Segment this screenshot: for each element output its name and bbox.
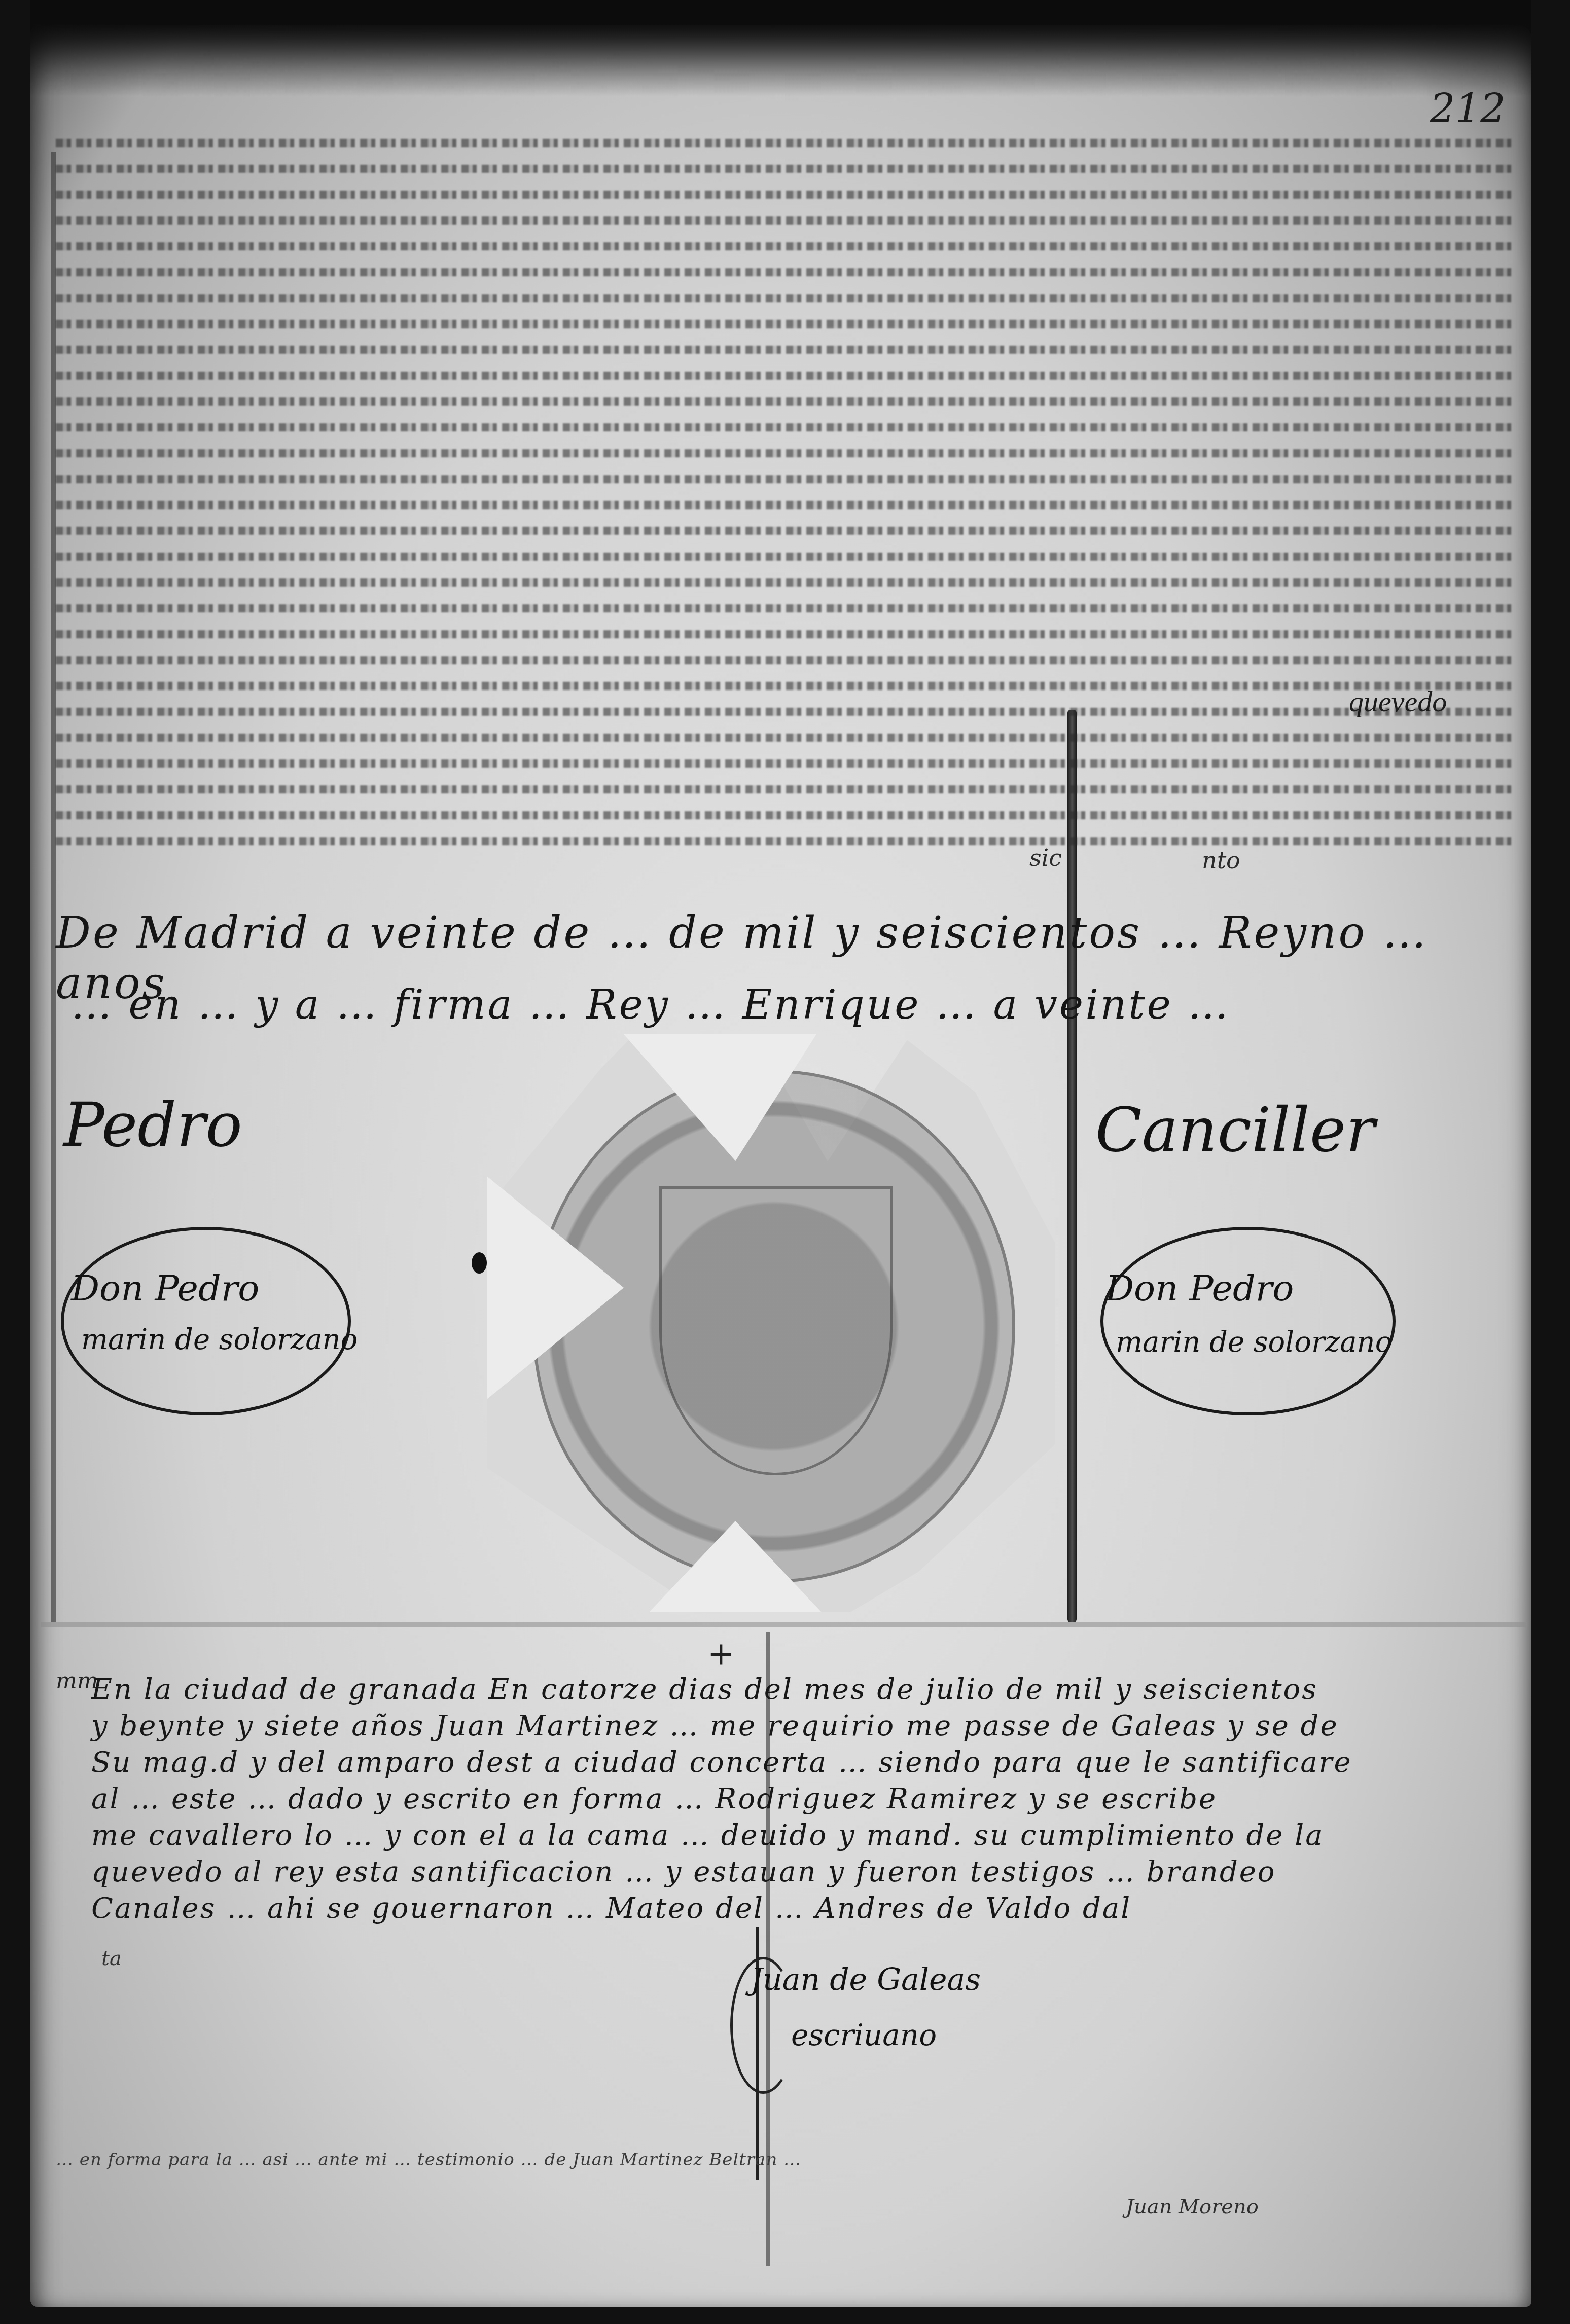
notarial-certification: En la ciudad de granada En catorze dias …	[91, 1673, 1531, 1929]
footer-attestation: … en forma para la … asi … ante mi … tes…	[56, 2150, 1425, 2170]
cross-mark: +	[707, 1635, 735, 1673]
notarial-line: Su mag.d y del amparo dest a ciudad conc…	[91, 1746, 1531, 1783]
notarial-line: al … este … dado y escrito en forma … Ro…	[91, 1783, 1531, 1819]
left-signature-rubric: Pedro	[63, 1090, 242, 1160]
body-line	[56, 184, 1516, 206]
body-line	[56, 442, 1516, 464]
left-signature-name: Don Pedro	[71, 1267, 259, 1309]
notarial-line: y beynte y siete años Juan Martinez … me…	[91, 1710, 1531, 1746]
horizontal-fold	[41, 1622, 1526, 1627]
royal-seal	[487, 1034, 1055, 1612]
notarial-line: quevedo al rey esta santificacion … y es…	[91, 1856, 1531, 1892]
body-line	[56, 416, 1516, 439]
notary-signature-name: Juan de Galeas	[751, 1962, 981, 1998]
body-line	[56, 546, 1516, 568]
body-line	[56, 778, 1516, 801]
body-line	[56, 649, 1516, 671]
body-line	[56, 727, 1516, 749]
right-signature-rubric: Canciller	[1095, 1095, 1375, 1166]
body-line	[56, 623, 1516, 645]
coat-of-arms-shield-icon	[659, 1186, 893, 1475]
left-signature-surname: marin de solorzano	[81, 1323, 358, 1356]
notarial-line: me cavallero lo … y con el a la cama … d…	[91, 1819, 1531, 1856]
sic-mark: sic	[1029, 844, 1062, 872]
marginal-note-quevedo: quevedo	[1349, 684, 1447, 718]
right-signature-flourish	[1100, 1227, 1396, 1415]
folio-number: 212	[1430, 86, 1506, 132]
body-line	[56, 390, 1516, 413]
body-line	[56, 675, 1516, 697]
body-line	[56, 520, 1516, 542]
notarial-tail-mark: ta	[101, 1947, 122, 1970]
body-line	[56, 209, 1516, 232]
left-signature-flourish	[61, 1227, 351, 1415]
ink-blot	[472, 1252, 487, 1274]
body-line	[56, 571, 1516, 594]
right-signature-surname: marin de solorzano	[1116, 1326, 1392, 1359]
nto-mark: nto	[1202, 847, 1240, 874]
body-line	[56, 287, 1516, 309]
body-line	[56, 313, 1516, 335]
body-line	[56, 701, 1516, 723]
footer-signature: Juan Moreno	[1126, 2195, 1259, 2219]
body-text-block	[56, 132, 1516, 877]
top-edge-shadow	[30, 0, 1531, 96]
left-margin-rule	[51, 152, 56, 1622]
notarial-line: Canales … ahi se gouernaron … Mateo del …	[91, 1892, 1531, 1929]
body-line	[56, 158, 1516, 180]
notarial-line: En la ciudad de granada En catorze dias …	[91, 1673, 1531, 1710]
body-line	[56, 597, 1516, 620]
dating-clause-line-2: … en … y a … firma … Rey … Enrique … a v…	[71, 981, 1516, 1028]
body-line	[56, 132, 1516, 154]
body-line	[56, 365, 1516, 387]
body-line	[56, 830, 1516, 852]
body-line	[56, 339, 1516, 361]
body-line	[56, 752, 1516, 775]
body-line	[56, 261, 1516, 283]
notary-signature-title: escriuano	[791, 2018, 937, 2052]
body-line	[56, 468, 1516, 490]
body-line	[56, 235, 1516, 258]
body-line	[56, 494, 1516, 516]
right-signature-name: Don Pedro	[1105, 1267, 1294, 1309]
body-line	[56, 804, 1516, 826]
